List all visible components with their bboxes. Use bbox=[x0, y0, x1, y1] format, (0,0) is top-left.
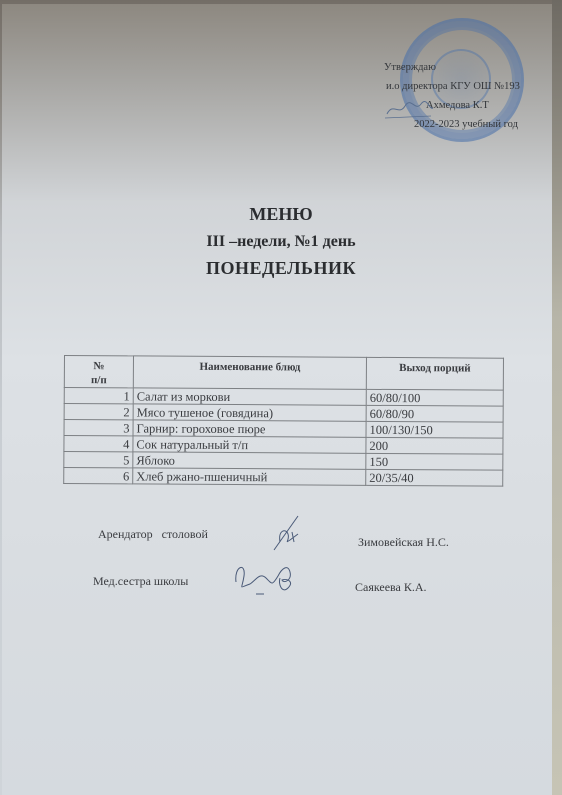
table-header-row: № п/п Наименование блюд Выход порций bbox=[64, 356, 503, 391]
row-number: 1 bbox=[64, 388, 133, 404]
document-title: МЕНЮ bbox=[0, 204, 562, 225]
approval-position: и.о директора КГУ ОШ №193 bbox=[384, 77, 544, 96]
row-number: 5 bbox=[64, 452, 133, 468]
signer-role-nurse: Мед.сестра школы bbox=[93, 574, 188, 589]
approval-label: Утверждаю bbox=[384, 58, 544, 77]
row-dish-name: Салат из моркови bbox=[133, 388, 366, 405]
row-portion-output: 60/80/90 bbox=[366, 405, 503, 422]
paper-edge bbox=[552, 0, 562, 795]
row-number: 3 bbox=[64, 420, 133, 436]
row-number: 2 bbox=[64, 404, 133, 420]
row-number: 6 bbox=[64, 468, 133, 484]
row-portion-output: 100/130/150 bbox=[366, 421, 503, 438]
header-portion-output: Выход порций bbox=[366, 357, 503, 390]
row-number: 4 bbox=[64, 436, 133, 452]
signer-name-tenant: Зимовейская Н.С. bbox=[358, 535, 449, 550]
row-portion-output: 60/80/100 bbox=[366, 389, 503, 406]
document-subtitle: III –недели, №1 день bbox=[0, 233, 562, 251]
nurse-signature-icon bbox=[232, 560, 296, 596]
row-portion-output: 200 bbox=[366, 437, 503, 454]
row-dish-name: Мясо тушеное (говядина) bbox=[133, 404, 366, 421]
document-day: ПОНЕДЕЛЬНИК bbox=[0, 258, 562, 279]
table-row: 6Хлеб ржано-пшеничный20/35/40 bbox=[64, 468, 503, 487]
menu-table: № п/п Наименование блюд Выход порций 1Са… bbox=[63, 355, 504, 487]
header-number-line2: п/п bbox=[68, 373, 130, 387]
tenant-signature-icon bbox=[268, 512, 308, 552]
header-number: № п/п bbox=[64, 356, 133, 388]
header-number-line1: № bbox=[68, 359, 130, 373]
row-portion-output: 150 bbox=[366, 453, 503, 470]
signer-role-tenant: Арендатор столовой bbox=[98, 527, 208, 542]
approval-block: Утверждаю и.о директора КГУ ОШ №193 Ахме… bbox=[384, 58, 544, 134]
row-dish-name: Хлеб ржано-пшеничный bbox=[133, 468, 366, 485]
row-portion-output: 20/35/40 bbox=[366, 469, 503, 486]
row-dish-name: Гарнир: гороховое пюре bbox=[133, 420, 366, 437]
header-dish-name: Наименование блюд bbox=[133, 356, 366, 389]
signer-name-nurse: Саякеева К.А. bbox=[355, 580, 427, 595]
row-dish-name: Яблоко bbox=[133, 452, 366, 469]
director-signature-icon bbox=[385, 98, 435, 120]
row-dish-name: Сок натуральный т/п bbox=[133, 436, 366, 453]
